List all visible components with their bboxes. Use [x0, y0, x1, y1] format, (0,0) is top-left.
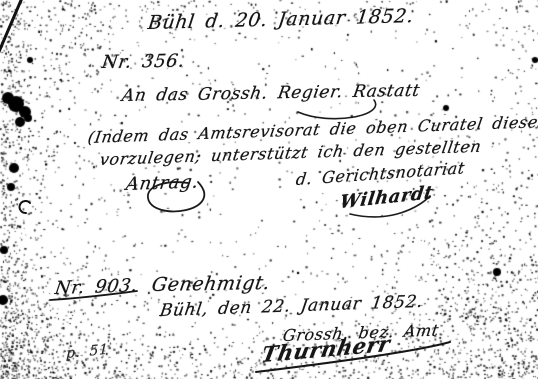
office-line: d. Gerichtsnotariat [295, 158, 466, 189]
document-scan-page: Bühl d. 20. Januar 1852. Nr. 356. An das… [0, 0, 538, 379]
signature-official: Wilhardt [338, 182, 434, 213]
approval-status: Genehmigt. [150, 272, 272, 296]
approval-dateline: Bühl, den 22. Januar 1852. [159, 292, 425, 321]
page-margin-note: p. 51 [66, 341, 109, 362]
flourish-recipient-underline [298, 100, 376, 119]
dateline-top: Bühl d. 20. Januar 1852. [147, 5, 416, 34]
body-line-3: Antrag. [125, 171, 201, 195]
approval-signature: Thurnherr [260, 331, 393, 368]
page-corner-fold-mark [0, 0, 22, 54]
scan-noise-layer [0, 0, 538, 379]
recipient-line: An das Grossh. Regier. Rastatt [120, 81, 421, 106]
document-number: Nr. 356. [101, 51, 187, 73]
approval-number: Nr. 903. [54, 275, 140, 299]
ink-ring-mark [20, 201, 30, 213]
pen-flourishes-layer [0, 0, 538, 379]
